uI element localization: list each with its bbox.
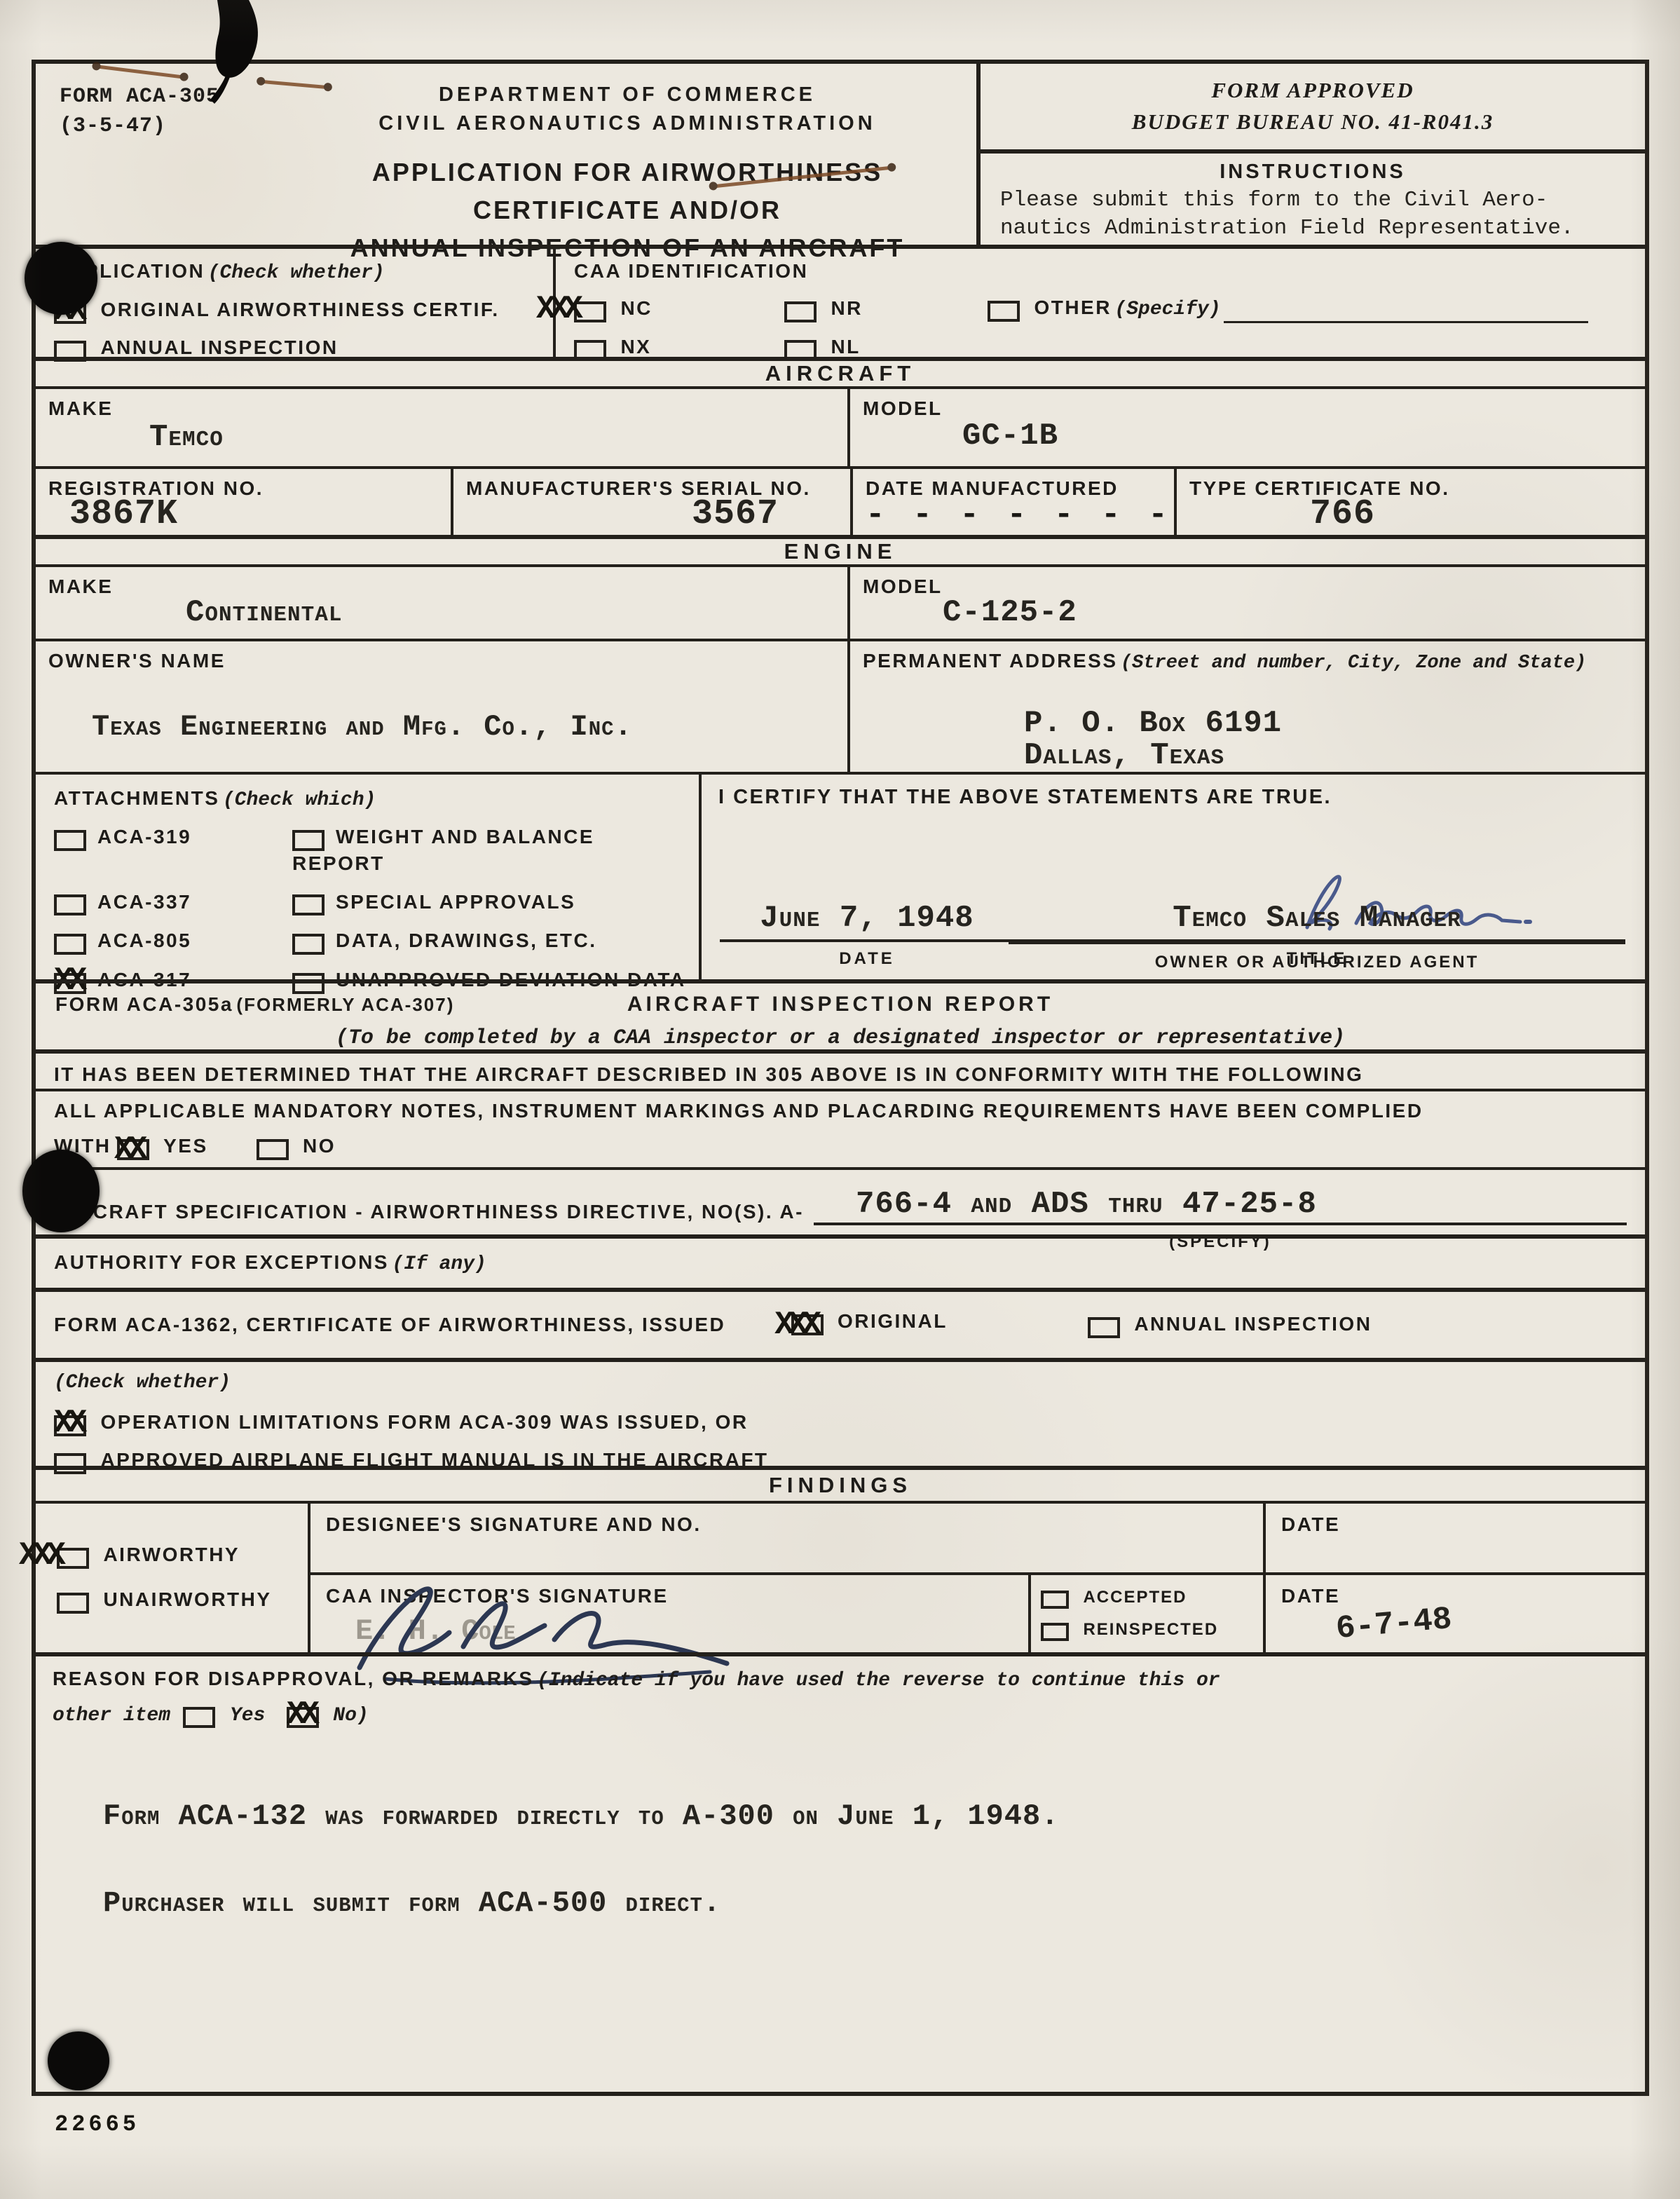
engine-section-title: ENGINE: [784, 538, 897, 566]
special-approvals-label: SPECIAL APPROVALS: [336, 891, 575, 913]
aca-805-label: ACA-805: [97, 930, 191, 951]
findings-band: FINDINGS: [36, 1466, 1645, 1501]
inspection-date-label: DATE: [1281, 1585, 1340, 1607]
owner-address-line2[interactable]: Dallas, Texas: [1024, 738, 1224, 774]
instructions-text: Please submit this form to the Civil Aer…: [1000, 186, 1625, 243]
engine-model-cell: MODEL C-125-2: [847, 567, 1645, 639]
date-manufactured-cell: DATE MANUFACTURED - - - - - - -: [850, 469, 1174, 535]
aircraft-model-value[interactable]: GC-1B: [962, 418, 1058, 454]
other-specify-line[interactable]: [1224, 300, 1588, 323]
type-certificate-value[interactable]: 766: [1310, 494, 1375, 535]
inspector-signature-cell[interactable]: CAA INSPECTOR'S SIGNATURE E. H. Cole: [310, 1575, 1028, 1652]
weight-balance-checkbox[interactable]: [292, 830, 325, 851]
serial-cell: MANUFACTURER'S SERIAL NO. 3567: [451, 469, 850, 535]
compliance-no-label: NO: [303, 1136, 336, 1157]
department-line: DEPARTMENT OF COMMERCE: [278, 81, 976, 109]
remarks-label: REASON FOR DISAPPROVAL, OR REMARKS: [53, 1668, 534, 1689]
form-title-line1: APPLICATION FOR AIRWORTHINESS CERTIFICAT…: [372, 158, 882, 224]
serial-value[interactable]: 3567: [692, 494, 779, 535]
nr-checkbox[interactable]: [784, 301, 817, 322]
application-section: APPLICATION (Check whether) XX ORIGINAL …: [36, 245, 1645, 357]
engine-make-value[interactable]: Continental: [186, 595, 342, 631]
compliance-no-checkbox[interactable]: [257, 1139, 289, 1160]
attachments-label: ATTACHMENTS: [54, 787, 219, 809]
nc-label: NC: [620, 297, 652, 319]
check-mark: XXX: [774, 1309, 816, 1341]
aircraft-model-label: MODEL: [863, 397, 943, 419]
owner-address-hint: (Street and number, City, Zone and State…: [1121, 653, 1586, 674]
check-mark: XX: [54, 1407, 81, 1439]
findings-verdict-cell: XXX AIRWORTHY UNAIRWORTHY: [36, 1504, 310, 1652]
inspection-date-value: 6-7-48: [1334, 1601, 1454, 1647]
attachments-certification-row: ATTACHMENTS (Check which) ACA-319 WEIGHT…: [36, 772, 1645, 979]
check-mark: XXX: [19, 1539, 60, 1572]
certification-date-value[interactable]: June 7, 1948: [760, 901, 974, 936]
check-whether-hint: (Check whether): [54, 1370, 1627, 1396]
inspection-form-label: FORM ACA-305a: [55, 993, 233, 1015]
owner-address-line1[interactable]: P. O. Box 6191: [1024, 706, 1282, 742]
operation-limitations-label: OPERATION LIMITATIONS FORM ACA-309 WAS I…: [100, 1411, 748, 1433]
designee-signature-label: DESIGNEE'S SIGNATURE AND NO.: [326, 1513, 702, 1535]
header-right-box: FORM APPROVED BUDGET BUREAU NO. 41-R041.…: [976, 64, 1645, 245]
aircraft-model-cell: MODEL GC-1B: [847, 389, 1645, 466]
findings-table: XXX AIRWORTHY UNAIRWORTHY DESIGNEE'S SIG…: [36, 1501, 1645, 1652]
engine-model-label: MODEL: [863, 576, 943, 597]
issued-annual-checkbox[interactable]: [1088, 1317, 1120, 1338]
type-certificate-cell: TYPE CERTIFICATE NO. 766: [1174, 469, 1645, 535]
compliance-row: ALL APPLICABLE MANDATORY NOTES, INSTRUME…: [36, 1089, 1645, 1167]
registration-value[interactable]: 3867K: [69, 494, 178, 535]
check-mark: XX: [114, 1133, 142, 1166]
accepted-label: ACCEPTED: [1083, 1588, 1187, 1607]
remarks-other-item: other item: [53, 1705, 170, 1727]
compliance-yes-label: YES: [163, 1136, 208, 1157]
operation-limitations-checkbox[interactable]: XX: [54, 1415, 86, 1436]
check-mark: XX: [287, 1698, 314, 1731]
aca-1362-row: FORM ACA-1362, CERTIFICATE OF AIRWORTHIN…: [36, 1288, 1645, 1358]
instructions-line1: Please submit this form to the Civil Aer…: [1000, 188, 1548, 212]
attachments-cell: ATTACHMENTS (Check which) ACA-319 WEIGHT…: [36, 775, 702, 979]
remarks-typed-line1: Form ACA-132 was forwarded directly to A…: [103, 1799, 1628, 1833]
remarks-section: REASON FOR DISAPPROVAL, OR REMARKS (Indi…: [36, 1652, 1645, 2092]
authority-exceptions-row: AUTHORITY FOR EXCEPTIONS (If any): [36, 1234, 1645, 1288]
inspector-signature-label: CAA INSPECTOR'S SIGNATURE: [326, 1585, 669, 1607]
date-manufactured-value[interactable]: - - - - - - -: [866, 497, 1172, 533]
nl-label: NL: [831, 336, 860, 358]
owner-name-label: OWNER'S NAME: [48, 650, 226, 672]
aircraft-make-cell: MAKE Temco: [36, 389, 847, 466]
aca-319-checkbox[interactable]: [54, 830, 86, 851]
remarks-typed-line2: Purchaser will submit form ACA-500 direc…: [103, 1886, 1628, 1920]
form-approved-line1: FORM APPROVED: [981, 75, 1645, 107]
inspection-formerly-label: (FORMERLY ACA-307): [236, 994, 454, 1015]
instructions-box: INSTRUCTIONS Please submit this form to …: [981, 154, 1645, 245]
certification-title-block: Temco Sales Manager TITLE: [1009, 901, 1625, 969]
remarks-no-checkbox[interactable]: XX: [287, 1707, 319, 1728]
certify-statement: I CERTIFY THAT THE ABOVE STATEMENTS ARE …: [718, 784, 1628, 811]
determined-row: IT HAS BEEN DETERMINED THAT THE AIRCRAFT…: [36, 1049, 1645, 1089]
inspector-typed-name: E. H. Cole: [355, 1614, 516, 1648]
issued-original-label: ORIGINAL: [838, 1310, 948, 1332]
engine-section-band: ENGINE: [36, 535, 1645, 564]
designee-signature-cell[interactable]: DESIGNEE'S SIGNATURE AND NO.: [310, 1504, 1263, 1572]
aircraft-make-model-row: MAKE Temco MODEL GC-1B: [36, 386, 1645, 466]
inspection-report-header: FORM ACA-305a (FORMERLY ACA-307) AIRCRAF…: [36, 979, 1645, 1049]
nc-checkbox[interactable]: XXX: [574, 301, 606, 322]
unairworthy-label: UNAIRWORTHY: [103, 1588, 271, 1610]
engine-make-model-row: MAKE Continental MODEL C-125-2: [36, 564, 1645, 639]
scanned-form-page: FORM ACA-305 (3-5-47) DEPARTMENT OF COMM…: [0, 0, 1680, 2199]
engine-make-cell: MAKE Continental: [36, 567, 847, 639]
authority-exceptions-label: AUTHORITY FOR EXCEPTIONS: [54, 1251, 389, 1273]
serial-stamp: 22665: [55, 2111, 139, 2137]
inspection-report-title: AIRCRAFT INSPECTION REPORT: [627, 993, 1053, 1016]
certification-title-value[interactable]: Temco Sales Manager: [1173, 901, 1461, 936]
caa-identification-cell: CAA IDENTIFICATION XXX NC NR OTHER (Spec…: [556, 249, 1645, 357]
weight-balance-label: WEIGHT AND BALANCE REPORT: [292, 826, 594, 874]
registration-cell: REGISTRATION NO. 3867K: [36, 469, 451, 535]
hole-punch-middle: [22, 1150, 100, 1232]
remarks-hint-line1: (Indicate if you have used the reverse t…: [537, 1670, 1220, 1691]
spec-directive-row: AIRCRAFT SPECIFICATION - AIRWORTHINESS D…: [36, 1167, 1645, 1234]
attachments-hint: (Check which): [223, 789, 376, 811]
budget-bureau-no: BUDGET BUREAU NO. 41-R041.3: [981, 107, 1645, 138]
reinspected-label: REINSPECTED: [1083, 1620, 1218, 1639]
certification-title-label: TITLE: [1009, 948, 1625, 969]
compliance-text: ALL APPLICABLE MANDATORY NOTES, INSTRUME…: [54, 1098, 1627, 1124]
authority-exceptions-hint: (If any): [392, 1253, 486, 1275]
other-specify-hint: (Specify): [1114, 299, 1220, 320]
aircraft-section-band: AIRCRAFT: [36, 357, 1645, 386]
determined-text: IT HAS BEEN DETERMINED THAT THE AIRCRAFT…: [54, 1063, 1363, 1085]
designee-date-cell[interactable]: DATE: [1263, 1504, 1645, 1572]
aircraft-make-label: MAKE: [48, 397, 113, 419]
hole-punch-bottom: [48, 2031, 109, 2090]
application-cell: APPLICATION (Check whether) XX ORIGINAL …: [36, 249, 556, 357]
inspection-report-subtitle: (To be completed by a CAA inspector or a…: [36, 1025, 1645, 1052]
annual-inspection-label: ANNUAL INSPECTION: [100, 336, 338, 358]
remarks-yes-label: Yes: [230, 1705, 265, 1727]
designee-date-label: DATE: [1281, 1513, 1340, 1535]
application-hint: (Check whether): [208, 262, 385, 284]
certification-cell: I CERTIFY THAT THE ABOVE STATEMENTS ARE …: [702, 775, 1645, 979]
check-whether-row: (Check whether) XX OPERATION LIMITATIONS…: [36, 1358, 1645, 1466]
reinspected-checkbox[interactable]: [1041, 1623, 1069, 1641]
aca-337-checkbox[interactable]: [54, 894, 86, 915]
accepted-checkbox[interactable]: [1041, 1591, 1069, 1609]
certification-date-label: DATE: [720, 948, 1014, 969]
owner-address-label: PERMANENT ADDRESS: [863, 650, 1118, 672]
form-approved-box: FORM APPROVED BUDGET BUREAU NO. 41-R041.…: [981, 64, 1645, 154]
administration-line: CIVIL AERONAUTICS ADMINISTRATION: [278, 109, 976, 138]
owner-name-value[interactable]: Texas Engineering and Mfg. Co., Inc.: [92, 710, 633, 744]
owner-row: OWNER'S NAME Texas Engineering and Mfg. …: [36, 639, 1645, 772]
instructions-line2: nautics Administration Field Representat…: [1000, 216, 1574, 240]
header-titles: DEPARTMENT OF COMMERCE CIVIL AERONAUTICS…: [278, 64, 976, 245]
nr-label: NR: [831, 297, 862, 319]
check-mark: XXX: [536, 293, 578, 325]
ink-blob-stain: [189, 0, 294, 105]
owner-name-cell: OWNER'S NAME Texas Engineering and Mfg. …: [36, 641, 847, 772]
aircraft-make-value[interactable]: Temco: [149, 420, 224, 456]
other-checkbox[interactable]: [988, 301, 1020, 322]
accepted-cell: ACCEPTED REINSPECTED: [1028, 1575, 1263, 1652]
airworthy-label: AIRWORTHY: [103, 1544, 240, 1565]
nx-label: NX: [620, 336, 651, 358]
unairworthy-checkbox[interactable]: [57, 1593, 89, 1614]
aircraft-section-title: AIRCRAFT: [765, 360, 915, 388]
aca-805-checkbox[interactable]: [54, 934, 86, 955]
caa-identification-label: CAA IDENTIFICATION: [574, 259, 1631, 284]
form-border-frame: FORM ACA-305 (3-5-47) DEPARTMENT OF COMM…: [32, 60, 1649, 2096]
hole-punch-top: [25, 242, 97, 315]
certification-date-block: June 7, 1948 DATE: [720, 901, 1014, 969]
owner-address-cell: PERMANENT ADDRESS (Street and number, Ci…: [847, 641, 1645, 772]
aca-337-label: ACA-337: [97, 891, 191, 913]
spec-directive-line[interactable]: 766-4 and ADS thru 47-25-8: [814, 1187, 1627, 1225]
aircraft-numbers-row: REGISTRATION NO. 3867K MANUFACTURER'S SE…: [36, 466, 1645, 535]
form-revision: (3-5-47): [60, 111, 278, 141]
issued-annual-label: ANNUAL INSPECTION: [1134, 1313, 1372, 1335]
engine-model-value[interactable]: C-125-2: [943, 595, 1077, 631]
special-approvals-checkbox[interactable]: [292, 894, 325, 915]
spec-directive-value: 766-4 and ADS thru 47-25-8: [856, 1187, 1317, 1223]
aca-1362-text: FORM ACA-1362, CERTIFICATE OF AIRWORTHIN…: [54, 1312, 725, 1337]
airworthy-checkbox[interactable]: XXX: [57, 1548, 89, 1569]
original-airworthiness-label: ORIGINAL AIRWORTHINESS CERTIF.: [100, 299, 499, 320]
other-label: OTHER: [1034, 297, 1112, 318]
engine-make-label: MAKE: [48, 576, 113, 597]
remarks-yes-checkbox[interactable]: [183, 1707, 215, 1728]
remarks-no-label: No): [333, 1705, 368, 1727]
date-manufactured-label: DATE MANUFACTURED: [866, 477, 1119, 499]
inspection-date-cell[interactable]: DATE 6-7-48: [1263, 1575, 1645, 1652]
aca-319-label: ACA-319: [97, 826, 191, 847]
data-drawings-checkbox[interactable]: [292, 934, 325, 955]
data-drawings-label: DATA, DRAWINGS, ETC.: [336, 930, 597, 951]
spec-directive-text: AIRCRAFT SPECIFICATION - AIRWORTHINESS D…: [54, 1187, 804, 1225]
instructions-title: INSTRUCTIONS: [1000, 161, 1625, 184]
findings-section-title: FINDINGS: [769, 1471, 912, 1499]
